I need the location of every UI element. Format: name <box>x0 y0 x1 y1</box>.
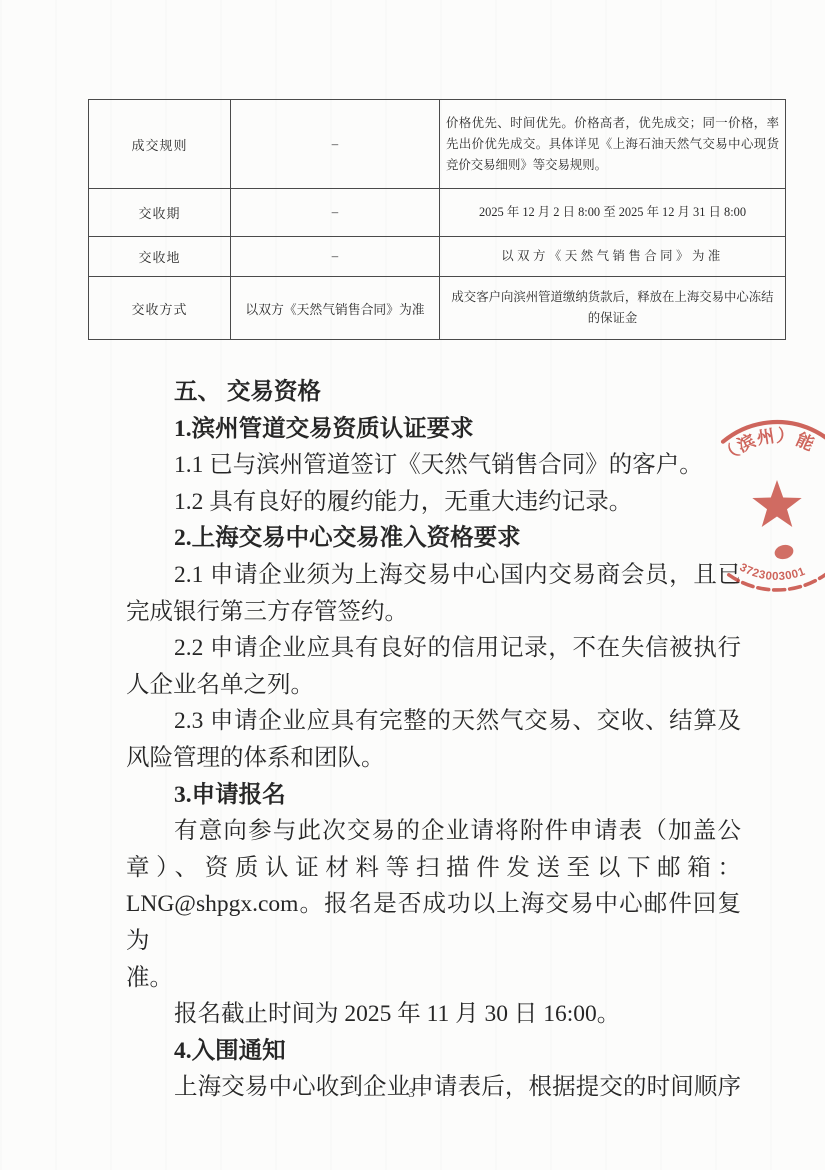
table-cell-label: 交收地 <box>89 237 231 277</box>
sub-heading: 1.滨州管道交易资质认证要求 <box>126 411 741 448</box>
table-cell-detail: 以双方《天然气销售合同》为准 <box>440 237 786 277</box>
sub-heading: 2.上海交易中心交易准入资格要求 <box>126 520 741 557</box>
body-line: 1.2 具有良好的履约能力，无重大违约记录。 <box>126 484 741 521</box>
table-cell-party: – <box>231 189 440 237</box>
table-cell-detail: 成交客户向滨州管道缴纳货款后，释放在上海交易中心冻结的保证金 <box>440 277 786 340</box>
seal-ring-bottom <box>729 560 825 590</box>
table-row: 成交规则 – 价格优先、时间优先。价格高者，优先成交；同一价格，率先出价优先成交… <box>89 100 786 189</box>
table-cell-party: – <box>231 237 440 277</box>
body-line: 1.1 已与滨州管道签订《天然气销售合同》的客户。 <box>126 447 741 484</box>
table-cell-detail: 价格优先、时间优先。价格高者，优先成交；同一价格，率先出价优先成交。具体详见《上… <box>440 100 786 189</box>
table-cell-party: 以双方《天然气销售合同》为准 <box>231 277 440 340</box>
table-cell-label: 交收期 <box>89 189 231 237</box>
section-heading: 五、 交易资格 <box>126 374 741 411</box>
seal-serial-number: 3723003001 <box>737 562 807 583</box>
table-cell-label: 成交规则 <box>89 100 231 189</box>
body-line-deadline: 报名截止时间为 2025 年 11 月 30 日 16:00。 <box>126 996 741 1033</box>
body-line: 完成银行第三方存管签约。 <box>126 594 741 631</box>
table-row: 交收期 – 2025 年 12 月 2 日 8:00 至 2025 年 12 月… <box>89 189 786 237</box>
table-cell-party: – <box>231 100 440 189</box>
sub-heading: 4.入围通知 <box>126 1033 741 1070</box>
body-line: 章）、资质认证材料等扫描件发送至以下邮箱： <box>126 850 741 887</box>
page-number: - 3 - <box>0 1085 825 1101</box>
document-body: 五、 交易资格 1.滨州管道交易资质认证要求 1.1 已与滨州管道签订《天然气销… <box>126 374 741 1106</box>
seal-ink-blob <box>773 543 795 561</box>
body-line: 准。 <box>126 960 741 997</box>
table-cell-detail: 2025 年 12 月 2 日 8:00 至 2025 年 12 月 31 日 … <box>440 189 786 237</box>
body-line: 2.2 申请企业应具有良好的信用记录，不在失信被执行 <box>126 630 741 667</box>
body-line: 有意向参与此次交易的企业请将附件申请表（加盖公 <box>126 813 741 850</box>
table-row: 交收方式 以双方《天然气销售合同》为准 成交客户向滨州管道缴纳货款后，释放在上海… <box>89 277 786 340</box>
body-line-email: LNG@shpgx.com。报名是否成功以上海交易中心邮件回复为 <box>126 886 741 959</box>
body-line: 人企业名单之列。 <box>126 667 741 704</box>
sub-heading: 3.申请报名 <box>126 777 741 814</box>
trade-terms-table: 成交规则 – 价格优先、时间优先。价格高者，优先成交；同一价格，率先出价优先成交… <box>88 99 786 340</box>
body-line: 2.3 申请企业应具有完整的天然气交易、交收、结算及 <box>126 703 741 740</box>
body-line: 2.1 申请企业须为上海交易中心国内交易商会员，且已 <box>126 557 741 594</box>
document-page: 成交规则 – 价格优先、时间优先。价格高者，优先成交；同一价格，率先出价优先成交… <box>0 0 825 1170</box>
table-row: 交收地 – 以双方《天然气销售合同》为准 <box>89 237 786 277</box>
star-icon <box>752 480 801 527</box>
table-cell-label: 交收方式 <box>89 277 231 340</box>
seal-serial-label: 3723003001 <box>737 562 807 583</box>
body-line: 风险管理的体系和团队。 <box>126 740 741 777</box>
